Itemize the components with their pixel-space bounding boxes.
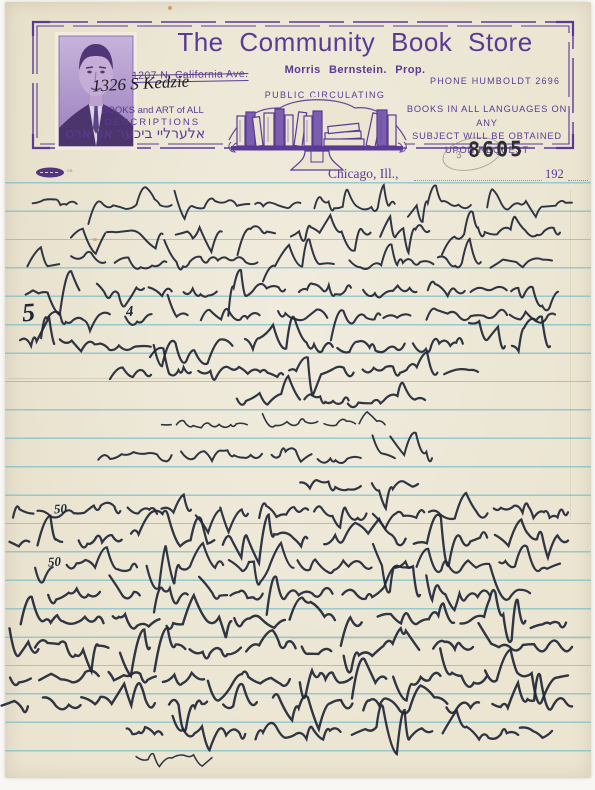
paper-stain [168, 6, 172, 10]
scanned-letter: The Community Book Store Morris Bernstei… [0, 0, 595, 790]
dateline-leader [414, 166, 542, 181]
bookshelf-illustration [225, 90, 410, 175]
store-title: The Community Book Store [170, 27, 540, 58]
right-tagline-line1: BOOKS IN ALL LANGUAGES ON ANY [397, 103, 577, 130]
dateline-year: 192 [545, 167, 564, 182]
left-tagline-line1: BOOKS and ART of ALL [85, 105, 220, 117]
handwriting-fragment: 50 [47, 554, 61, 571]
union-bug-icon: CB [34, 166, 78, 179]
ruled-lines [5, 155, 591, 777]
stamp-number: 8605 [468, 136, 525, 162]
yiddish-tagline: אלערליי ביכער און ארט [60, 126, 210, 142]
proprietor-line: Morris Bernstein. Prop. [230, 64, 480, 76]
phone-line: PHONE HUMBOLDT 2696 [430, 76, 560, 86]
handwriting-fragment: 5 [21, 298, 36, 329]
dateline-leader-end [568, 166, 588, 181]
svg-text:CB: CB [67, 168, 73, 173]
handwriting-fragment: 4 [125, 304, 134, 321]
handwriting-fragment: 50 [53, 501, 67, 518]
